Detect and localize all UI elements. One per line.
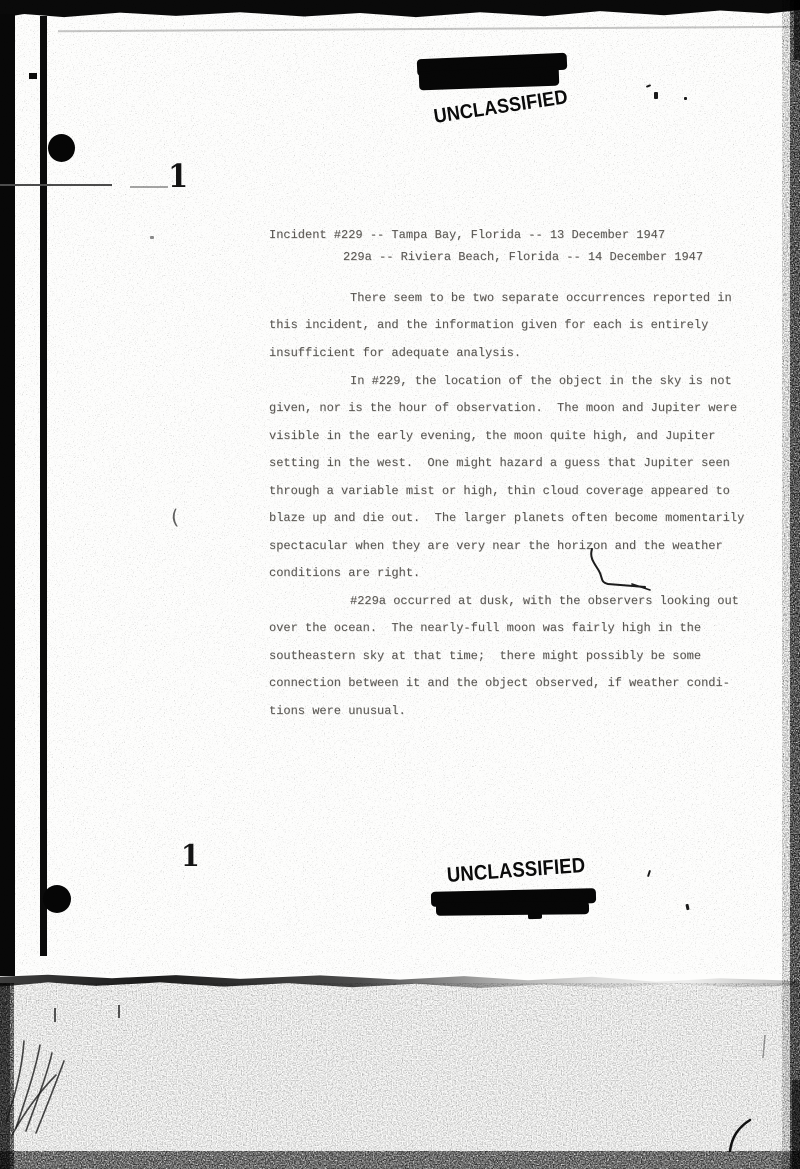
body-text-line: this incident, and the information given…	[269, 318, 708, 332]
hole-punch-top	[48, 134, 75, 162]
pen-paren-mark	[730, 1120, 750, 1151]
ink-speck	[685, 904, 689, 910]
body-text-line: conditions are right.	[269, 566, 420, 580]
body-text-line: visible in the early evening, the moon q…	[269, 429, 715, 443]
body-text-line: spectacular when they are very near the …	[269, 539, 723, 553]
body-text-line: over the ocean. The nearly-full moon was…	[269, 621, 701, 635]
incident-header-line: 229a -- Riviera Beach, Florida -- 14 Dec…	[343, 250, 703, 264]
scan-bottom-background-texture	[0, 983, 800, 1169]
margin-alignment-dash	[130, 186, 168, 188]
body-text-line: given, nor is the hour of observation. T…	[269, 401, 737, 415]
incident-header-line: Incident #229 -- Tampa Bay, Florida -- 1…	[269, 228, 665, 242]
scratch-marks	[6, 1041, 64, 1135]
body-text-line: southeastern sky at that time; there mig…	[269, 649, 701, 663]
body-text-line: setting in the west. One might hazard a …	[269, 456, 730, 470]
redaction-bar-bottom	[528, 913, 542, 919]
page-index-numeral-bottom: 1	[181, 842, 200, 872]
ink-speck	[654, 92, 658, 99]
ink-speck	[684, 97, 687, 100]
unclassified-stamp-top: UNCLASSIFIED	[432, 86, 569, 129]
page-bottom-edge-shadow	[0, 974, 800, 988]
redaction-bar-top	[419, 67, 560, 91]
tick-mark	[763, 1035, 765, 1058]
scanned-document-page: UNCLASSIFIED UNCLASSIFIED 1 1 Incident #…	[0, 0, 800, 1169]
page-index-numeral-top: 1	[168, 160, 188, 192]
scan-top-edge-band	[0, 0, 800, 18]
scan-right-edge-texture	[782, 0, 800, 1169]
body-text-line: through a variable mist or high, thin cl…	[269, 484, 730, 498]
margin-alignment-line	[0, 184, 112, 186]
ink-speck	[647, 870, 651, 877]
ink-speck	[150, 236, 154, 239]
body-text-line: tions were unusual.	[269, 704, 406, 718]
hole-punch-bottom	[43, 885, 71, 913]
binding-rule-line	[40, 16, 47, 956]
ink-speck	[646, 84, 651, 88]
body-text-line: blaze up and die out. The larger planets…	[269, 511, 744, 525]
redaction-bar-bottom	[436, 901, 589, 916]
body-text-line: #229a occurred at dusk, with the observe…	[350, 594, 739, 608]
body-text-line: connection between it and the object obs…	[269, 676, 730, 690]
page-top-edge-line	[58, 26, 800, 32]
unclassified-stamp-bottom: UNCLASSIFIED	[446, 854, 586, 888]
body-text-line: There seem to be two separate occurrence…	[350, 291, 732, 305]
binding-tick-mark	[29, 73, 37, 79]
margin-pen-mark: (	[170, 505, 179, 529]
body-text-line: In #229, the location of the object in t…	[350, 374, 732, 388]
binding-edge-strip	[0, 14, 15, 976]
body-text-line: insufficient for adequate analysis.	[269, 346, 521, 360]
